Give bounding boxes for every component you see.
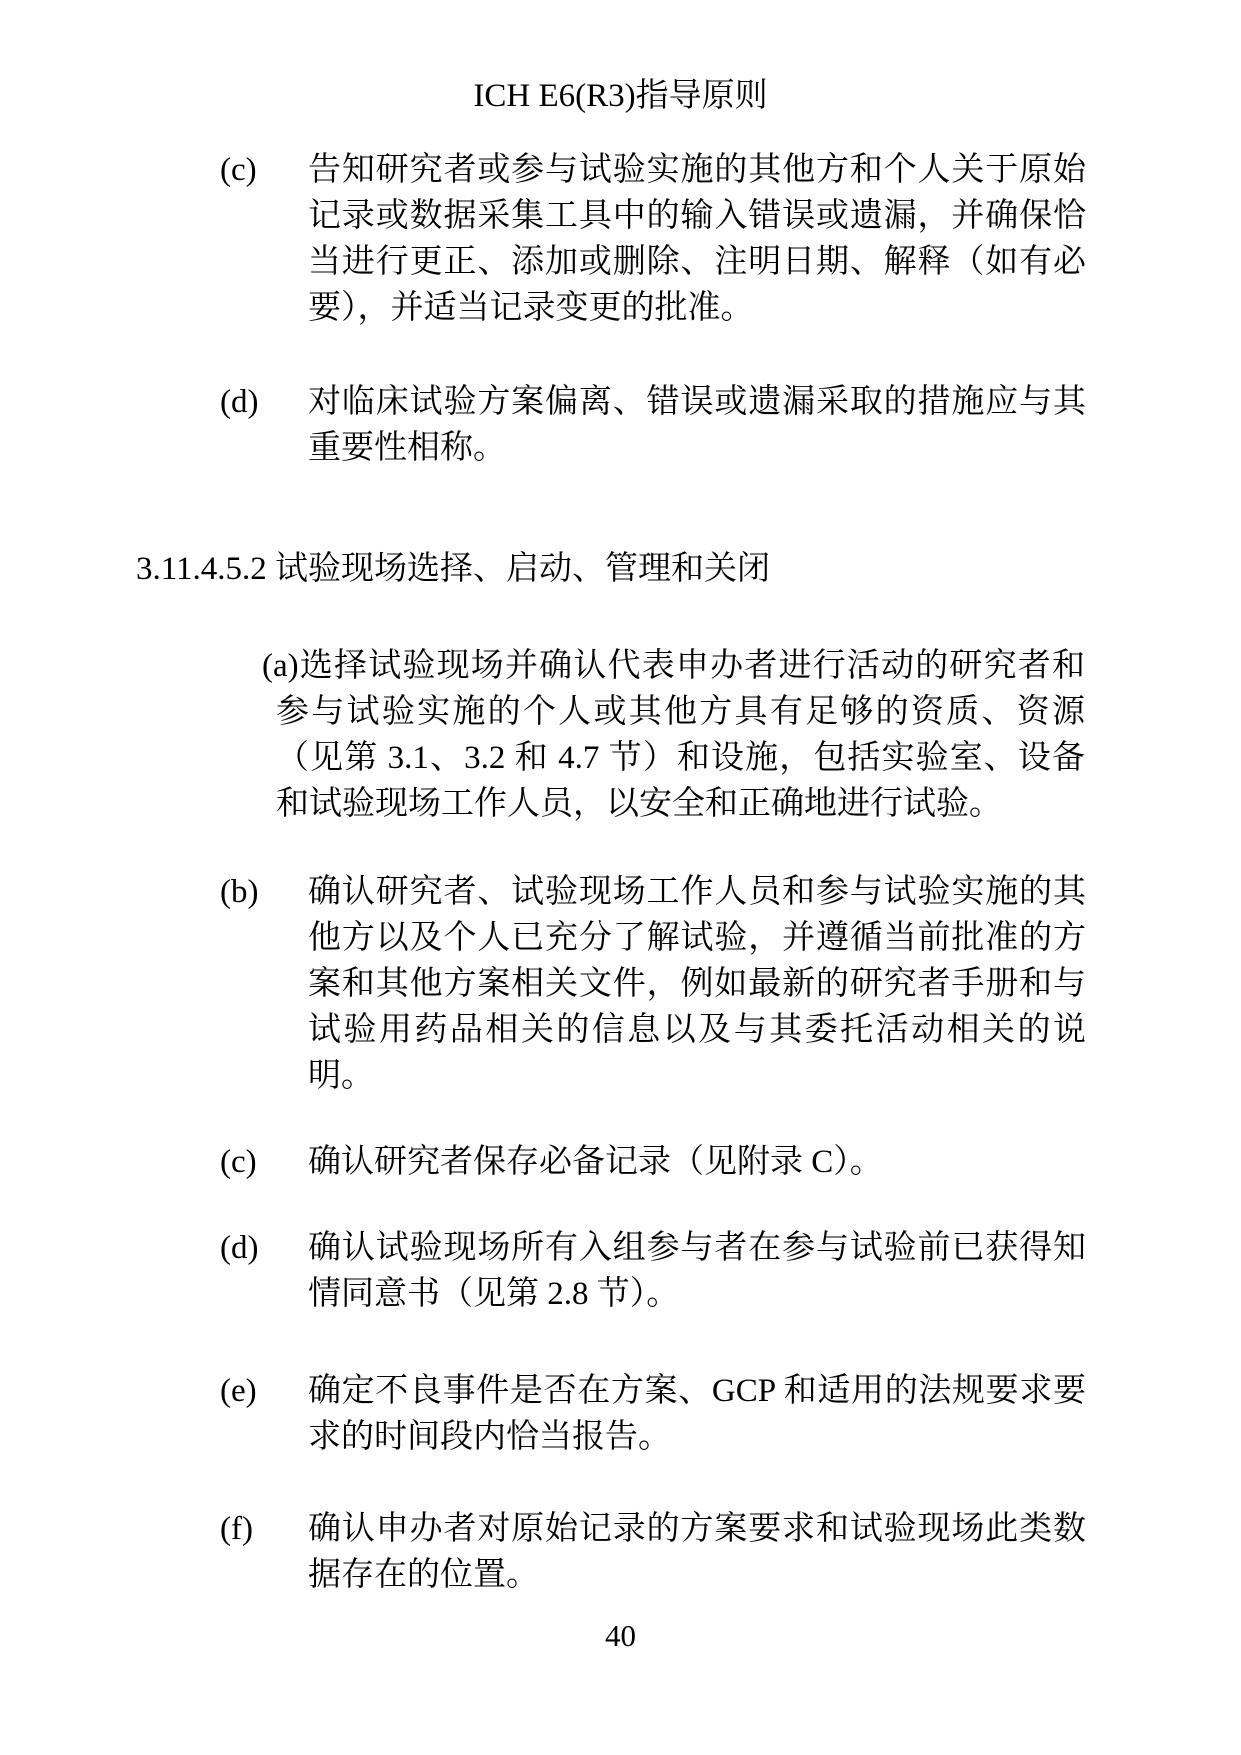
item-label: (d) xyxy=(220,1225,308,1271)
item-label: (c) xyxy=(220,1139,308,1185)
list-item-c: (c) 告知研究者或参与试验实施的其他方和个人关于原始 记录或数据采集工具中的输… xyxy=(220,147,1086,331)
item-label: (b) xyxy=(220,869,308,915)
item-text: 确认研究者、试验现场工作人员和参与试验实施的其 他方以及个人已充分了解试验，并遵… xyxy=(308,869,1086,1099)
text-line: 对临床试验方案偏离、错误或遗漏采取的措施应与其 xyxy=(308,379,1086,425)
page-number: 40 xyxy=(0,1613,1241,1659)
item-label: (d) xyxy=(220,379,308,425)
item-label: (f) xyxy=(220,1506,308,1552)
text-line: （见第 3.1、3.2 和 4.7 节）和设施，包括实验室、设备 xyxy=(262,735,1085,781)
item-text: 确认研究者保存必备记录（见附录 C）。 xyxy=(308,1139,1086,1185)
document-page: ICH E6(R3)指导原则 (c) 告知研究者或参与试验实施的其他方和个人关于… xyxy=(0,0,1241,1755)
text-line: 确认申办者对原始记录的方案要求和试验现场此类数 xyxy=(308,1506,1086,1552)
section-heading: 3.11.4.5.2 试验现场选择、启动、管理和关闭 xyxy=(136,546,770,592)
text-line: 他方以及个人已充分了解试验，并遵循当前批准的方 xyxy=(308,915,1086,961)
item-text: 确认试验现场所有入组参与者在参与试验前已获得知 情同意书（见第 2.8 节）。 xyxy=(308,1225,1086,1317)
item-text: 确认申办者对原始记录的方案要求和试验现场此类数 据存在的位置。 xyxy=(308,1506,1086,1598)
list-item-d2: (d) 确认试验现场所有入组参与者在参与试验前已获得知 情同意书（见第 2.8 … xyxy=(220,1225,1086,1317)
item-label: (c) xyxy=(220,147,308,193)
page-header-title: ICH E6(R3)指导原则 xyxy=(0,73,1241,119)
list-item-c2: (c) 确认研究者保存必备记录（见附录 C）。 xyxy=(220,1139,1086,1185)
item-text: 对临床试验方案偏离、错误或遗漏采取的措施应与其 重要性相称。 xyxy=(308,379,1086,471)
item-text: 确定不良事件是否在方案、GCP 和适用的法规要求要 求的时间段内恰当报告。 xyxy=(308,1368,1086,1460)
text-line: 案和其他方案相关文件，例如最新的研究者手册和与 xyxy=(308,961,1086,1007)
text-line: 求的时间段内恰当报告。 xyxy=(308,1414,1086,1460)
text-line: 当进行更正、添加或删除、注明日期、解释（如有必 xyxy=(308,239,1086,285)
text-line: 试验用药品相关的信息以及与其委托活动相关的说 xyxy=(308,1007,1086,1053)
text-line: 确定不良事件是否在方案、GCP 和适用的法规要求要 xyxy=(308,1368,1086,1414)
text-line: (a)选择试验现场并确认代表申办者进行活动的研究者和 xyxy=(262,643,1085,689)
text-line: 记录或数据采集工具中的输入错误或遗漏，并确保恰 xyxy=(308,193,1086,239)
text-segment: 选择试验现场并确认代表申办者进行活动的研究者和 xyxy=(299,648,1085,684)
text-line: 确认研究者保存必备记录（见附录 C）。 xyxy=(308,1139,1086,1185)
text-line: 要），并适当记录变更的批准。 xyxy=(308,285,1086,331)
text-line: 和试验现场工作人员，以安全和正确地进行试验。 xyxy=(262,781,1085,827)
list-item-e: (e) 确定不良事件是否在方案、GCP 和适用的法规要求要 求的时间段内恰当报告… xyxy=(220,1368,1086,1460)
text-line: 明。 xyxy=(308,1053,1086,1099)
list-item-d: (d) 对临床试验方案偏离、错误或遗漏采取的措施应与其 重要性相称。 xyxy=(220,379,1086,471)
text-line: 参与试验实施的个人或其他方具有足够的资质、资源 xyxy=(262,689,1085,735)
text-line: 据存在的位置。 xyxy=(308,1552,1086,1598)
item-label: (e) xyxy=(220,1368,308,1414)
item-text: 告知研究者或参与试验实施的其他方和个人关于原始 记录或数据采集工具中的输入错误或… xyxy=(308,147,1086,331)
item-label: (a) xyxy=(262,648,299,684)
list-item-a: (a)选择试验现场并确认代表申办者进行活动的研究者和 参与试验实施的个人或其他方… xyxy=(262,643,1085,827)
text-line: 确认研究者、试验现场工作人员和参与试验实施的其 xyxy=(308,869,1086,915)
text-line: 重要性相称。 xyxy=(308,425,1086,471)
text-line: 情同意书（见第 2.8 节）。 xyxy=(308,1271,1086,1317)
text-line: 告知研究者或参与试验实施的其他方和个人关于原始 xyxy=(308,147,1086,193)
list-item-f: (f) 确认申办者对原始记录的方案要求和试验现场此类数 据存在的位置。 xyxy=(220,1506,1086,1598)
list-item-b: (b) 确认研究者、试验现场工作人员和参与试验实施的其 他方以及个人已充分了解试… xyxy=(220,869,1086,1099)
text-line: 确认试验现场所有入组参与者在参与试验前已获得知 xyxy=(308,1225,1086,1271)
